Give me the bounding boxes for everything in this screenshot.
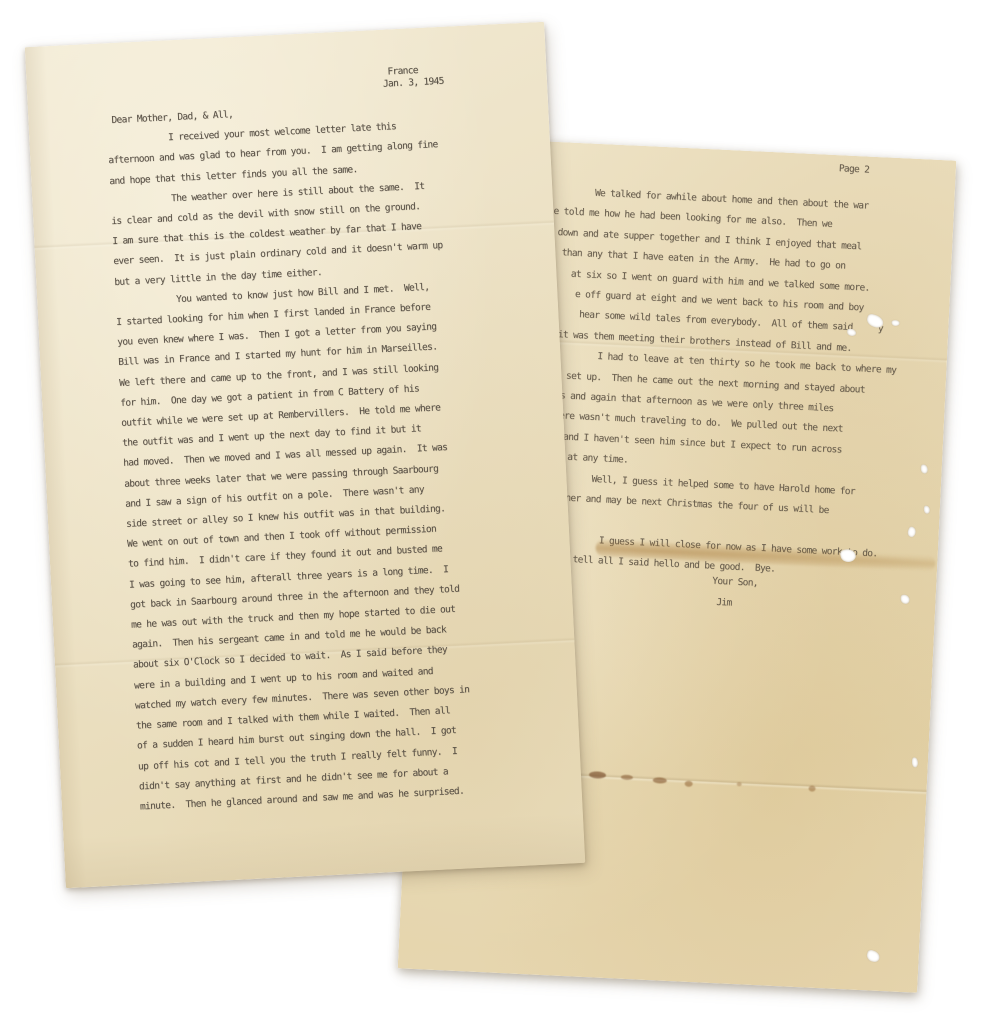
signature-block: Your Son, Jim <box>711 571 759 615</box>
paper-chip <box>924 506 930 514</box>
signature-line: Jim <box>711 592 758 615</box>
letter-page-1: FranceJan. 3, 1945 Dear Mother, Dad, & A… <box>25 22 586 888</box>
signature-line: Your Son, <box>712 571 759 594</box>
paper-chip <box>921 464 928 473</box>
letter-body-page1: Dear Mother, Dad, & All, I received your… <box>106 95 475 818</box>
paper-chip <box>912 757 918 767</box>
stain-spot <box>808 785 815 791</box>
stain-spot <box>621 775 633 781</box>
stain-spot <box>737 782 742 786</box>
paper-chip <box>866 949 881 963</box>
page-number-label: Page 2 <box>839 162 870 176</box>
letter-body-page2: We talked for awhile about home and then… <box>537 182 905 586</box>
paper-chip <box>900 595 909 604</box>
letterhead-place-date: FranceJan. 3, 1945 <box>382 64 444 92</box>
stain-spot <box>685 781 693 787</box>
photo-background: Page 2 We talked for awhile about home a… <box>0 0 986 1024</box>
header-line: Jan. 3, 1945 <box>383 76 444 91</box>
stain-spot <box>589 771 606 779</box>
paper-chip <box>906 526 917 538</box>
stain-spot <box>653 777 667 784</box>
